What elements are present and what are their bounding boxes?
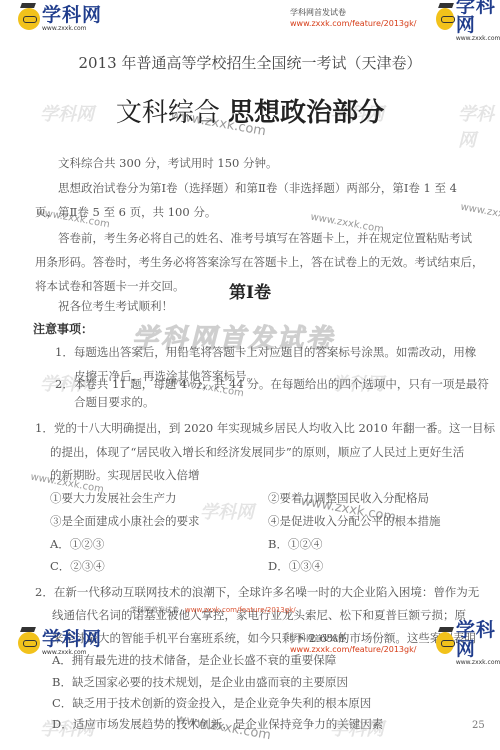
q1-option-d[interactable]: D．①③④ (268, 558, 323, 574)
footer-center: 学科网首发试卷 www.zxxk.com/feature/2013gk/ (290, 633, 416, 655)
logo-brand: 学科网 (42, 6, 102, 25)
question-1-line: 的新期盼。实现居民收入倍增 (50, 467, 200, 483)
mascot-icon (18, 8, 40, 30)
intro-line: 用条形码。答卷时，考生务必将答案涂写在答题卡上，答在试卷上的无效。考试结束后， (35, 254, 484, 270)
mascot-icon (436, 632, 454, 654)
note-line: 合题目要求的。 (74, 394, 155, 410)
exam-subtitle: 文科综合 思想政治部分 (0, 92, 500, 129)
q1-statement-2: ②要着力调整国民收入分配格局 (268, 490, 429, 506)
question-2-line: 2．在新一代移动互联网技术的浪潮下，全球许多名噪一时的大企业陷入困境：曾作为无 (35, 584, 479, 600)
q1-option-a[interactable]: A．①②③ (50, 536, 104, 552)
logo-url: www.zxxk.com (456, 660, 500, 666)
intro-line: 文科综合共 300 分，考试用时 150 分钟。 (58, 155, 278, 171)
inline-banner-link[interactable]: www.zxxk.com/feature/2013gk/ (185, 606, 296, 615)
header-center-link[interactable]: www.zxxk.com/feature/2013gk/ (290, 18, 416, 29)
logo-brand: 学科网 (456, 0, 500, 35)
q1-option-c[interactable]: C．②③④ (50, 558, 105, 574)
inline-banner-title: 学科网首发试卷 (130, 606, 179, 615)
footer-logo-right: 学科网 www.zxxk.com (436, 628, 500, 658)
subtitle-part-a: 文科综合 (116, 98, 220, 128)
footer-center-title: 学科网首发试卷 (290, 633, 416, 644)
logo-url: www.zxxk.com (42, 26, 102, 32)
subtitle-part-b: 思想政治部分 (228, 98, 384, 128)
inline-banner: 学科网首发试卷 www.zxxk.com/feature/2013gk/ (130, 606, 296, 615)
q1-statement-1: ①要大力发展社会生产力 (50, 490, 177, 506)
question-1-line: 的提出，体现了“居民收入增长和经济发展同步”的原则，顺应了人民过上更好生活 (50, 444, 464, 460)
note-line: 1．每题选出答案后，用铅笔将答题卡上对应题目的答案标号涂黑。如需改动，用橡 (55, 344, 476, 360)
q2-option-b[interactable]: B．缺乏国家必要的技术规划，是企业由盛而衰的主要原因 (52, 674, 348, 690)
page-number: 25 (472, 720, 485, 731)
header-center-title: 学科网首发试卷 (290, 7, 416, 18)
intro-line: 思想政治试卷分为第Ⅰ卷（选择题）和第Ⅱ卷（非选择题）两部分，第Ⅰ卷 1 至 4 (58, 180, 457, 196)
notes-label: 注意事项： (33, 320, 93, 337)
q2-option-c[interactable]: C．缺乏用于技术创新的资金投入，是企业竞争失利的根本原因 (52, 695, 371, 711)
q1-option-b[interactable]: B．①②④ (268, 536, 322, 552)
mascot-icon (436, 8, 454, 30)
logo-url: www.zxxk.com (42, 650, 102, 656)
intro-line: 答卷前，考生务必将自己的姓名、准考号填写在答题卡上，并在规定位置粘贴考试 (58, 230, 472, 246)
section-title: 第Ⅰ卷 (0, 278, 500, 303)
header-logo-right: 学科网 www.zxxk.com (436, 4, 500, 34)
header-center: 学科网首发试卷 www.zxxk.com/feature/2013gk/ (290, 7, 416, 29)
header-logo-left: 学科网 www.zxxk.com (18, 4, 102, 34)
footer-center-link[interactable]: www.zxxk.com/feature/2013gk/ (290, 644, 416, 655)
footer-logo-left: 学科网 www.zxxk.com (18, 628, 102, 658)
question-1-line: 1．党的十八大明确提出，到 2020 年实现城乡居民人均收入比 2010 年翻一… (35, 420, 495, 436)
logo-url: www.zxxk.com (456, 36, 500, 42)
exam-title: 2013 年普通高等学校招生全国统一考试（天津卷） (0, 52, 500, 73)
q1-statement-4: ④是促进收入分配公平的根本措施 (268, 513, 441, 529)
q1-statement-3: ③是全面建成小康社会的要求 (50, 513, 200, 529)
note-line: 2．本卷共 11 题，每题 4 分，共 44 分。在每题给出的四个选项中，只有一… (55, 376, 489, 392)
watermark-url: www.zxxk.com (460, 202, 500, 226)
watermark-logo: 学科网 (200, 498, 254, 524)
logo-brand: 学科网 (42, 630, 102, 649)
logo-brand: 学科网 (456, 621, 500, 659)
mascot-icon (18, 632, 40, 654)
intro-line: 页，第Ⅱ卷 5 至 6 页，共 100 分。 (35, 204, 216, 220)
q2-option-d[interactable]: D．适应市场发展趋势的技术创新，是企业保持竞争力的关键因素 (52, 716, 383, 732)
